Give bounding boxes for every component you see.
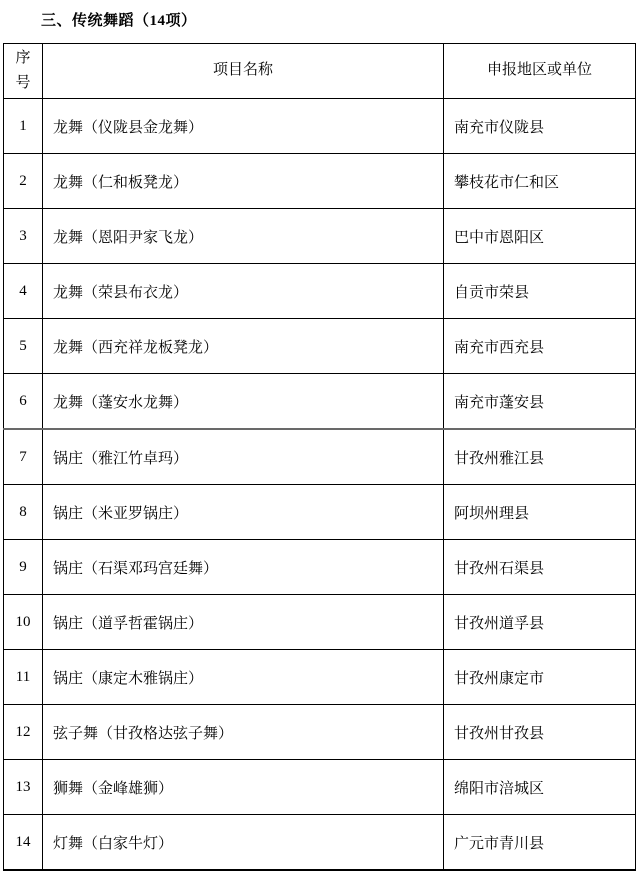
region-cell: 甘孜州石渠县 [444, 540, 636, 595]
traditional-dance-table: 序号 项目名称 申报地区或单位 1 龙舞（仪陇县金龙舞） 南充市仪陇县 2 龙舞… [3, 43, 636, 871]
project-name-cell: 锅庄（雅江竹卓玛） [43, 429, 444, 485]
project-name-cell: 龙舞（仁和板凳龙） [43, 154, 444, 209]
table-row: 1 龙舞（仪陇县金龙舞） 南充市仪陇县 [4, 99, 636, 154]
project-name-cell: 灯舞（白家牛灯） [43, 815, 444, 871]
table-row: 5 龙舞（西充祥龙板凳龙） 南充市西充县 [4, 319, 636, 374]
table-row: 14 灯舞（白家牛灯） 广元市青川县 [4, 815, 636, 871]
header-project-name: 项目名称 [43, 44, 444, 99]
table-row: 6 龙舞（蓬安水龙舞） 南充市蓬安县 [4, 374, 636, 430]
row-number-cell: 7 [4, 429, 43, 485]
table-row: 4 龙舞（荣县布衣龙） 自贡市荣县 [4, 264, 636, 319]
row-number-cell: 6 [4, 374, 43, 430]
row-number-cell: 10 [4, 595, 43, 650]
project-name-cell: 龙舞（蓬安水龙舞） [43, 374, 444, 430]
table-row: 13 狮舞（金峰雄狮） 绵阳市涪城区 [4, 760, 636, 815]
project-name-cell: 龙舞（荣县布衣龙） [43, 264, 444, 319]
region-cell: 巴中市恩阳区 [444, 209, 636, 264]
row-number-cell: 2 [4, 154, 43, 209]
table-header: 序号 项目名称 申报地区或单位 [4, 44, 636, 99]
region-cell: 南充市西充县 [444, 319, 636, 374]
project-name-cell: 弦子舞（甘孜格达弦子舞） [43, 705, 444, 760]
region-cell: 绵阳市涪城区 [444, 760, 636, 815]
table-row: 12 弦子舞（甘孜格达弦子舞） 甘孜州甘孜县 [4, 705, 636, 760]
row-number-cell: 13 [4, 760, 43, 815]
header-region-or-unit: 申报地区或单位 [444, 44, 636, 99]
region-cell: 甘孜州甘孜县 [444, 705, 636, 760]
header-serial-number: 序号 [4, 44, 43, 99]
row-number-cell: 14 [4, 815, 43, 871]
project-name-cell: 龙舞（仪陇县金龙舞） [43, 99, 444, 154]
header-row: 序号 项目名称 申报地区或单位 [4, 44, 636, 99]
region-cell: 甘孜州道孚县 [444, 595, 636, 650]
table-row: 9 锅庄（石渠邓玛宫廷舞） 甘孜州石渠县 [4, 540, 636, 595]
region-cell: 自贡市荣县 [444, 264, 636, 319]
section-title: 三、传统舞蹈（14项） [41, 9, 197, 30]
table-row: 11 锅庄（康定木雅锅庄） 甘孜州康定市 [4, 650, 636, 705]
table-row: 8 锅庄（米亚罗锅庄） 阿坝州理县 [4, 485, 636, 540]
table-row: 10 锅庄（道孚哲霍锅庄） 甘孜州道孚县 [4, 595, 636, 650]
project-name-cell: 龙舞（恩阳尹家飞龙） [43, 209, 444, 264]
document-page: 三、传统舞蹈（14项） 序号 项目名称 申报地区或单位 1 龙舞（仪陇县金龙舞）… [0, 0, 640, 873]
region-cell: 南充市仪陇县 [444, 99, 636, 154]
region-cell: 攀枝花市仁和区 [444, 154, 636, 209]
project-name-cell: 锅庄（康定木雅锅庄） [43, 650, 444, 705]
project-name-cell: 锅庄（道孚哲霍锅庄） [43, 595, 444, 650]
region-cell: 广元市青川县 [444, 815, 636, 871]
project-name-cell: 狮舞（金峰雄狮） [43, 760, 444, 815]
region-cell: 阿坝州理县 [444, 485, 636, 540]
table-row: 7 锅庄（雅江竹卓玛） 甘孜州雅江县 [4, 429, 636, 485]
row-number-cell: 12 [4, 705, 43, 760]
row-number-cell: 3 [4, 209, 43, 264]
table-body: 1 龙舞（仪陇县金龙舞） 南充市仪陇县 2 龙舞（仁和板凳龙） 攀枝花市仁和区 … [4, 99, 636, 871]
row-number-cell: 9 [4, 540, 43, 595]
table-row: 2 龙舞（仁和板凳龙） 攀枝花市仁和区 [4, 154, 636, 209]
row-number-cell: 8 [4, 485, 43, 540]
project-name-cell: 龙舞（西充祥龙板凳龙） [43, 319, 444, 374]
row-number-cell: 4 [4, 264, 43, 319]
project-name-cell: 锅庄（米亚罗锅庄） [43, 485, 444, 540]
region-cell: 甘孜州康定市 [444, 650, 636, 705]
row-number-cell: 5 [4, 319, 43, 374]
region-cell: 南充市蓬安县 [444, 374, 636, 430]
region-cell: 甘孜州雅江县 [444, 429, 636, 485]
table-row: 3 龙舞（恩阳尹家飞龙） 巴中市恩阳区 [4, 209, 636, 264]
project-name-cell: 锅庄（石渠邓玛宫廷舞） [43, 540, 444, 595]
row-number-cell: 1 [4, 99, 43, 154]
row-number-cell: 11 [4, 650, 43, 705]
